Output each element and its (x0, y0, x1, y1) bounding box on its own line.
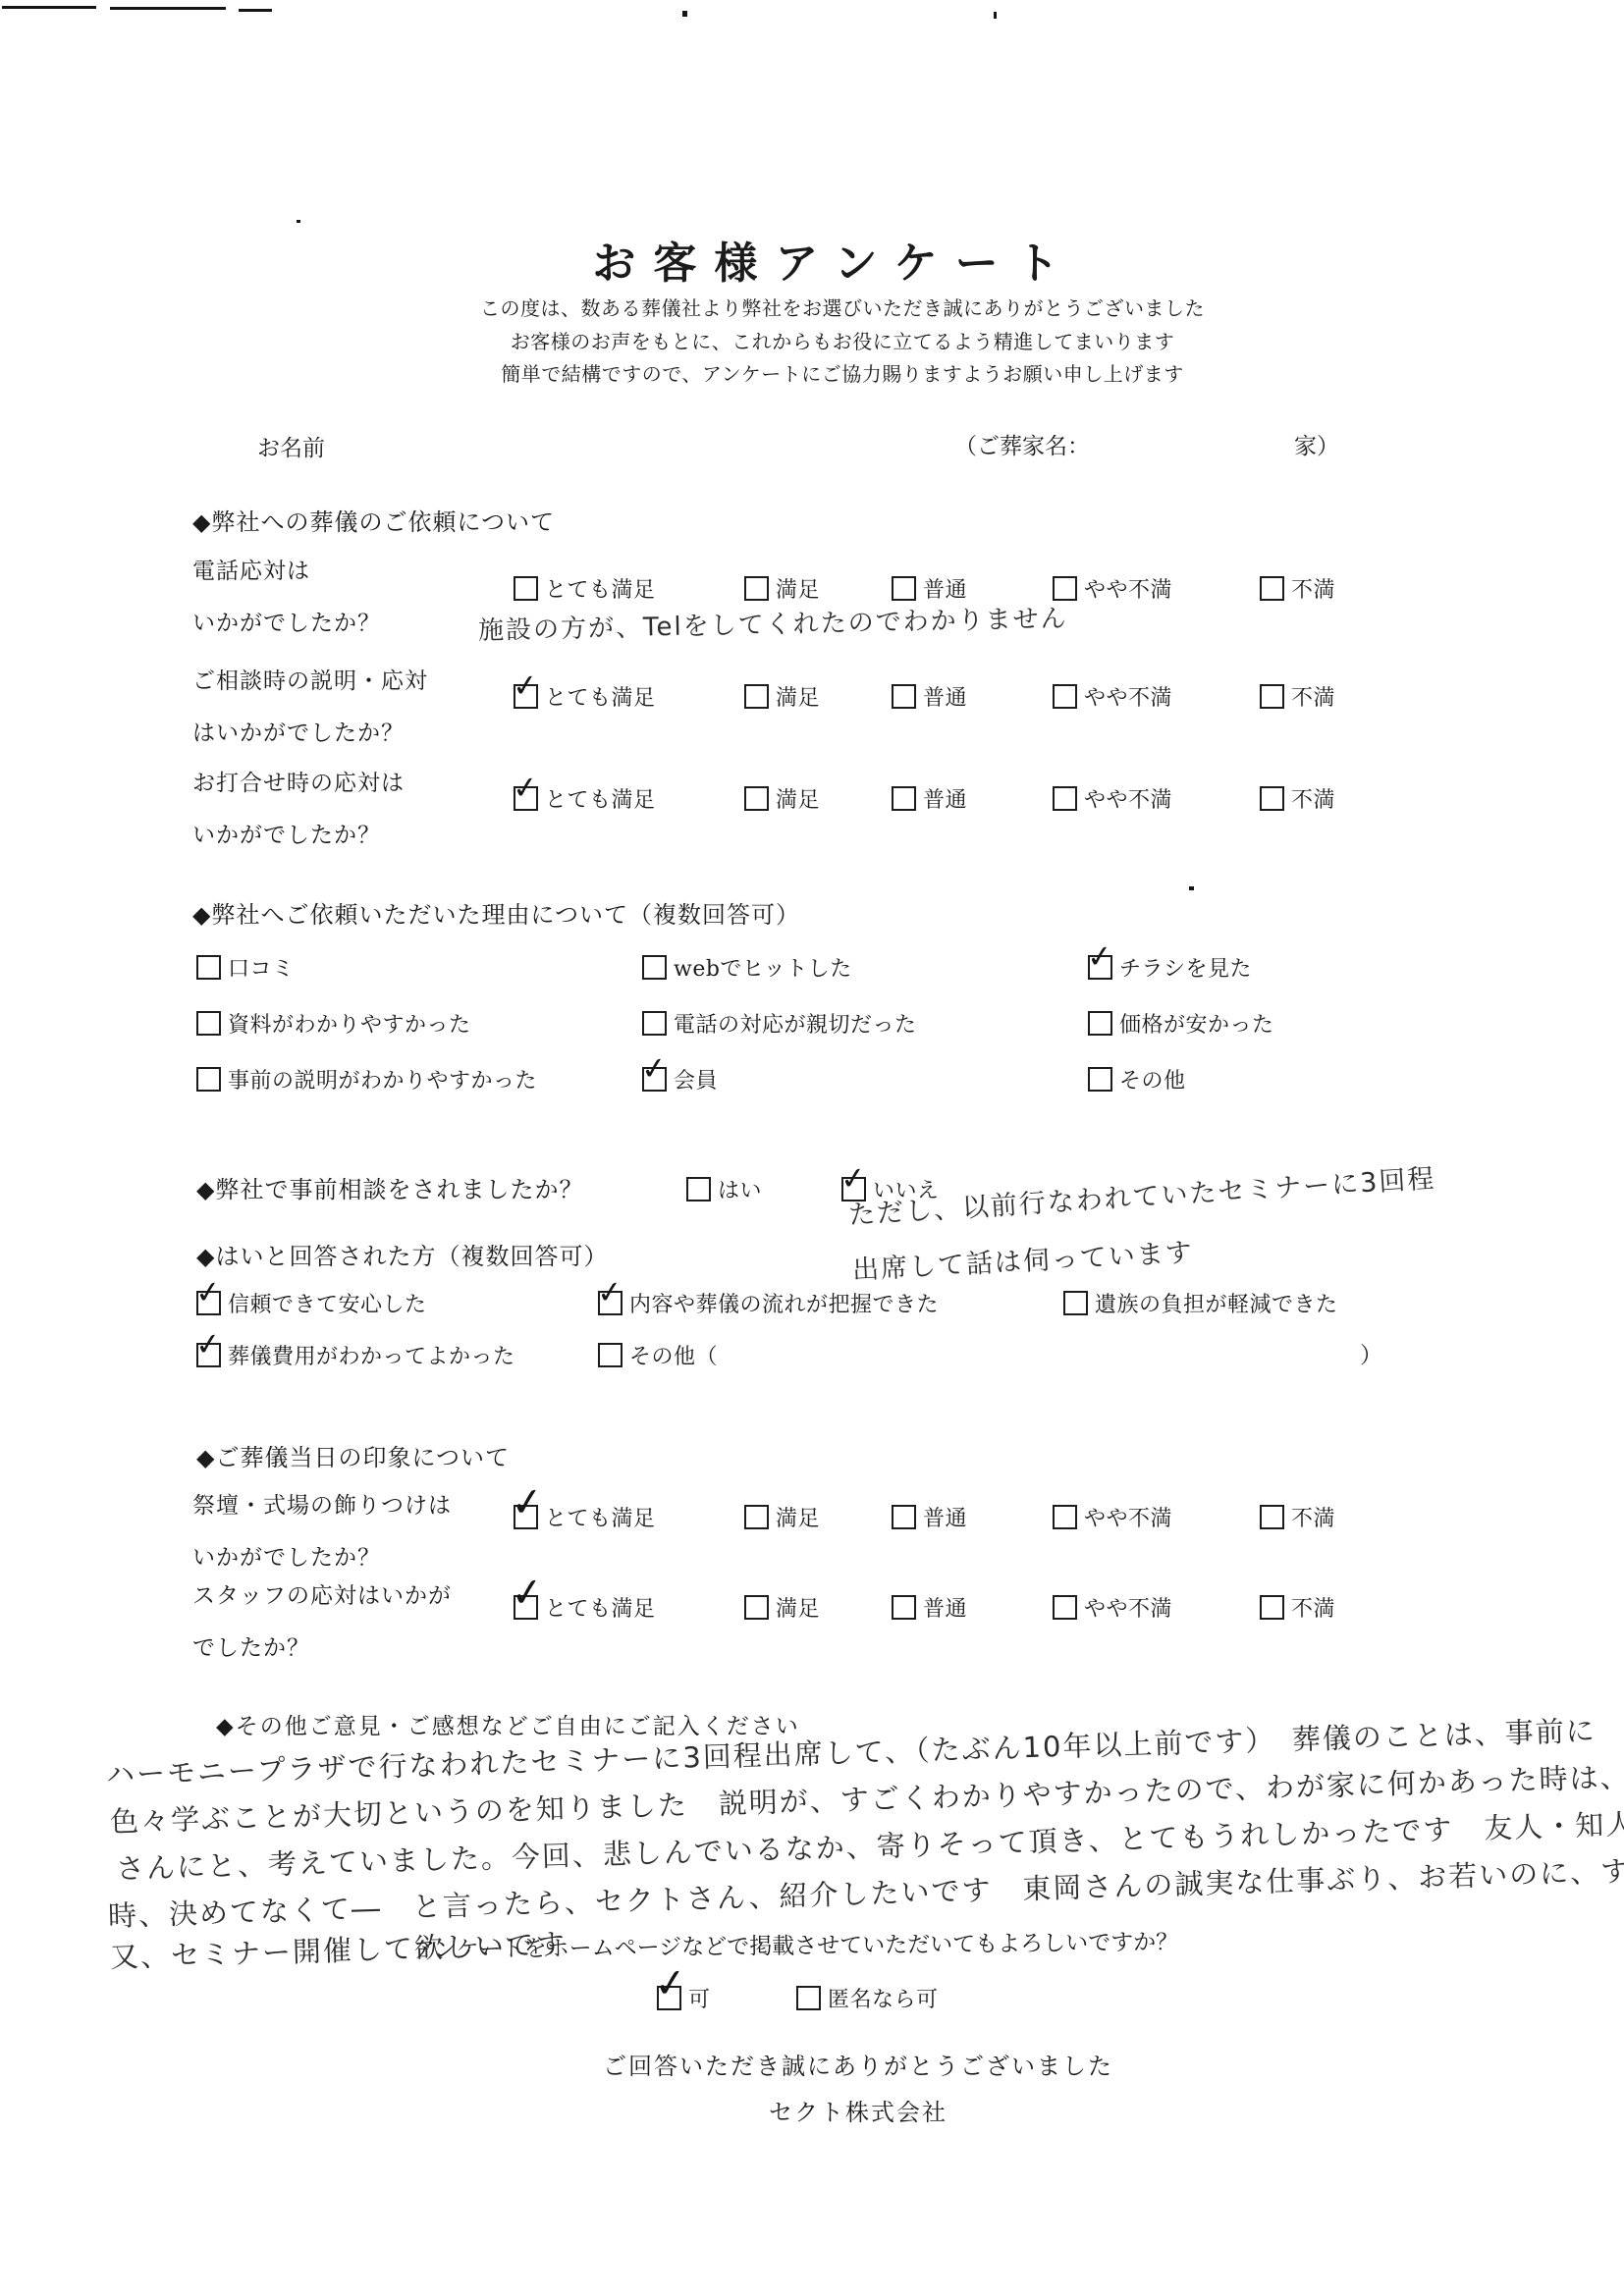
name-field-label: お名前 (257, 430, 325, 462)
staff-question-line1: スタッフの応対はいかが (192, 1583, 452, 1609)
reason-flyer: ✓チラシを見た (1088, 952, 1252, 983)
check-mark: ✓ (509, 1481, 546, 1523)
survey-form-page: お客様アンケート この度は、数ある葬儀社より弊社をお選びいただき誠にありがとうご… (0, 0, 1624, 2296)
publish-anonymous-ok-checkbox[interactable] (796, 1986, 821, 2010)
staff-satisfied-checkbox[interactable] (744, 1595, 769, 1620)
altar-normal-checkbox[interactable] (892, 1505, 916, 1529)
reason-flyer-checkbox[interactable]: ✓ (1088, 955, 1112, 980)
option-label: その他 (1119, 1064, 1186, 1095)
section-yes-answer-header: ◆はいと回答された方（複数回答可） (196, 1237, 608, 1271)
phone-question-label: 電話応対は いかがでしたか？ (192, 546, 381, 650)
meeting-question-line2: いかがでしたか？ (192, 823, 381, 848)
option-label: とても満足 (545, 783, 656, 814)
altar-question-line2: いかがでしたか？ (192, 1545, 381, 1571)
meeting-normal-checkbox[interactable] (892, 786, 916, 811)
meeting-satisfied-checkbox[interactable] (744, 786, 769, 811)
altar-opt-normal: 普通 (892, 1502, 967, 1532)
thanks-message: ご回答いただき誠にありがとうございました (603, 2047, 1113, 2081)
consultation-dissatisfied-checkbox[interactable] (1260, 684, 1284, 709)
option-label: とても満足 (545, 573, 656, 604)
yes-reduced-burden-checkbox[interactable] (1063, 1291, 1088, 1315)
section-request-header: ◆弊社への葬儀のご依頼について (192, 503, 555, 537)
phone-handwritten-note: 施設の方が、Telをしてくれたのでわかりません (478, 598, 1068, 647)
reason-materials-clear-checkbox[interactable] (196, 1011, 221, 1036)
option-label: 不満 (1291, 573, 1335, 604)
option-label: 資料がわかりやすかった (228, 1008, 471, 1039)
option-label: チラシを見た (1119, 952, 1252, 983)
family-name-input-area[interactable] (1105, 422, 1281, 463)
consultation-opt-somewhat-dissatisfied: やや不満 (1053, 681, 1172, 712)
yes-understood-cost: ✓葬儀費用がわかってよかった (196, 1340, 515, 1370)
consultation-opt-very-satisfied: ✓とても満足 (514, 681, 656, 712)
yes-other-checkbox[interactable] (598, 1343, 623, 1367)
phone-opt-dissatisfied: 不満 (1260, 573, 1335, 604)
option-label: やや不満 (1084, 783, 1172, 814)
phone-satisfied-checkbox[interactable] (744, 576, 769, 601)
family-name-suffix: 家） (1294, 428, 1339, 460)
option-label: 普通 (923, 573, 967, 604)
staff-opt-dissatisfied: 不満 (1260, 1592, 1335, 1623)
consultation-question-label: ご相談時の説明・応対 はいかがでしたか？ (192, 656, 428, 760)
check-mark: ✓ (595, 1277, 623, 1310)
phone-somewhat-dissatisfied-checkbox[interactable] (1053, 576, 1077, 601)
reason-cheap-price: 価格が安かった (1088, 1008, 1274, 1039)
meeting-opt-normal: 普通 (892, 783, 967, 814)
option-label: 事前の説明がわかりやすかった (228, 1064, 537, 1095)
reason-phone-kind-checkbox[interactable] (642, 1011, 667, 1036)
option-label: 会員 (674, 1064, 718, 1095)
staff-somewhat-dissatisfied-checkbox[interactable] (1053, 1595, 1077, 1620)
reason-other: その他 (1088, 1064, 1186, 1095)
consultation-question-line2: はいかがでしたか？ (192, 721, 405, 746)
option-label: 信頼できて安心した (228, 1288, 427, 1318)
phone-opt-somewhat-dissatisfied: やや不満 (1053, 573, 1172, 604)
reason-advance-explanation: 事前の説明がわかりやすかった (196, 1064, 537, 1095)
option-label: 不満 (1291, 681, 1335, 712)
phone-question-line2: いかがでしたか？ (192, 611, 381, 636)
option-label: やや不満 (1084, 1502, 1172, 1532)
option-label: はい (718, 1174, 762, 1204)
reason-advance-explanation-checkbox[interactable] (196, 1067, 221, 1092)
preconsultation-note-line1: ただし、以前行なわれていたセミナーに3回程 (847, 1156, 1436, 1232)
check-mark: ✓ (639, 1053, 668, 1087)
consultation-very-satisfied-checkbox[interactable]: ✓ (514, 684, 538, 709)
meeting-very-satisfied-checkbox[interactable]: ✓ (514, 786, 538, 811)
altar-question-line1: 祭壇・式場の飾りつけは (192, 1493, 452, 1519)
reason-phone-kind: 電話の対応が親切だった (642, 1008, 917, 1039)
company-name: セクト株式会社 (769, 2093, 947, 2127)
scan-artifact-speck (994, 12, 997, 19)
staff-question-label: スタッフの応対はいかが でしたか？ (192, 1571, 452, 1675)
phone-dissatisfied-checkbox[interactable] (1260, 576, 1284, 601)
yes-other-close-paren: ） (1360, 1337, 1382, 1369)
check-mark: ✓ (193, 1329, 222, 1362)
phone-question-line1: 電話応対は (192, 559, 310, 584)
option-label: 価格が安かった (1119, 1008, 1274, 1039)
check-mark: ✓ (511, 773, 539, 806)
option-label: 電話の対応が親切だった (674, 1008, 917, 1039)
reason-word-of-mouth-checkbox[interactable] (196, 955, 221, 980)
phone-opt-normal: 普通 (892, 573, 967, 604)
reason-web-hit-checkbox[interactable] (642, 955, 667, 980)
meeting-opt-somewhat-dissatisfied: やや不満 (1053, 783, 1172, 814)
intro-line-3: 簡単で結構ですので、アンケートにご協力賜りますようお願い申し上げます (501, 358, 1183, 387)
option-label: 不満 (1291, 1592, 1335, 1623)
publish-ok-checkbox[interactable]: ✓ (657, 1986, 681, 2010)
consultation-opt-dissatisfied: 不満 (1260, 681, 1335, 712)
consultation-question-line1: ご相談時の説明・応対 (192, 668, 428, 694)
check-mark: ✓ (839, 1163, 867, 1197)
staff-question-line2: でしたか？ (192, 1635, 310, 1661)
option-label: とても満足 (545, 1502, 656, 1532)
staff-normal-checkbox[interactable] (892, 1595, 916, 1620)
consultation-normal-checkbox[interactable] (892, 684, 916, 709)
altar-opt-dissatisfied: 不満 (1260, 1502, 1335, 1532)
yes-understood-cost-checkbox[interactable]: ✓ (196, 1343, 221, 1367)
reason-web-hit: webでヒットした (642, 952, 852, 983)
page-title: お客様アンケート (592, 228, 1076, 291)
option-label: 普通 (923, 681, 967, 712)
option-label: 遺族の負担が軽減できた (1095, 1288, 1338, 1318)
yes-other-input-area[interactable] (697, 1333, 1345, 1372)
staff-opt-satisfied: 満足 (744, 1592, 820, 1623)
check-mark: ✓ (511, 670, 539, 704)
option-label: 満足 (776, 681, 820, 712)
name-input-area[interactable] (344, 422, 874, 463)
preconsultation-yes-checkbox[interactable] (686, 1177, 711, 1201)
meeting-opt-dissatisfied: 不満 (1260, 783, 1335, 814)
publish-anonymous-ok: 匿名なら可 (796, 1983, 939, 2013)
reason-cheap-price-checkbox[interactable] (1088, 1011, 1112, 1036)
scan-artifact-speck (1189, 886, 1194, 890)
yes-trust-relief: ✓信頼できて安心した (196, 1288, 427, 1318)
altar-opt-very-satisfied: ✓とても満足 (514, 1502, 656, 1532)
scan-artifact-line (239, 9, 272, 12)
intro-line-1: この度は、数ある葬儀社より弊社をお選びいただき誠にありがとうございました (480, 293, 1205, 321)
option-label: やや不満 (1084, 573, 1172, 604)
check-mark: ✓ (652, 1962, 689, 2004)
option-label: 満足 (776, 573, 820, 604)
preconsultation-note-line2: 出席して話は伺っています (851, 1231, 1195, 1287)
option-label: 満足 (776, 783, 820, 814)
altar-opt-somewhat-dissatisfied: やや不満 (1053, 1502, 1172, 1532)
altar-question-label: 祭壇・式場の飾りつけは いかがでしたか？ (192, 1480, 452, 1584)
option-label: やや不満 (1084, 1592, 1172, 1623)
option-label: 普通 (923, 783, 967, 814)
altar-dissatisfied-checkbox[interactable] (1260, 1505, 1284, 1529)
consultation-somewhat-dissatisfied-checkbox[interactable] (1053, 684, 1077, 709)
staff-opt-very-satisfied: ✓とても満足 (514, 1592, 656, 1623)
section-ceremony-day-header: ◆ご葬儀当日の印象について (196, 1438, 510, 1472)
reason-member-checkbox[interactable]: ✓ (642, 1067, 667, 1092)
meeting-opt-very-satisfied: ✓とても満足 (514, 783, 656, 814)
option-label: やや不満 (1084, 681, 1172, 712)
option-label: 匿名なら可 (828, 1983, 939, 2013)
scan-artifact-line (110, 7, 226, 10)
option-label: とても満足 (545, 1592, 656, 1623)
preconsultation-yes: はい (686, 1174, 762, 1204)
staff-dissatisfied-checkbox[interactable] (1260, 1595, 1284, 1620)
yes-trust-relief-checkbox[interactable]: ✓ (196, 1291, 221, 1315)
option-label: webでヒットした (674, 952, 852, 983)
meeting-somewhat-dissatisfied-checkbox[interactable] (1053, 786, 1077, 811)
reason-word-of-mouth: 口コミ (196, 952, 295, 983)
meeting-question-label: お打合せ時の応対は いかがでしたか？ (192, 758, 405, 862)
consultation-opt-satisfied: 満足 (744, 681, 820, 712)
option-label: 可 (688, 1983, 711, 2013)
consultation-opt-normal: 普通 (892, 681, 967, 712)
intro-line-2: お客様のお声をもとに、これからもお役に立てるよう精進してまいります (511, 326, 1175, 354)
publish-ok: ✓可 (657, 1983, 711, 2013)
yes-understood-flow: ✓内容や葬儀の流れが把握できた (598, 1288, 939, 1318)
section-preconsultation-header: ◆弊社で事前相談をされましたか？ (196, 1170, 583, 1204)
reason-materials-clear: 資料がわかりやすかった (196, 1008, 471, 1039)
staff-opt-somewhat-dissatisfied: やや不満 (1053, 1592, 1172, 1623)
meeting-opt-satisfied: 満足 (744, 783, 820, 814)
option-label: 普通 (923, 1502, 967, 1532)
family-name-label: （ご葬家名： (954, 428, 1090, 460)
altar-somewhat-dissatisfied-checkbox[interactable] (1053, 1505, 1077, 1529)
phone-normal-checkbox[interactable] (892, 576, 916, 601)
phone-very-satisfied-checkbox[interactable] (514, 576, 538, 601)
option-label: 不満 (1291, 1502, 1335, 1532)
reason-member: ✓会員 (642, 1064, 718, 1095)
scan-artifact-speck (682, 11, 687, 17)
option-label: 普通 (923, 1592, 967, 1623)
yes-understood-flow-checkbox[interactable]: ✓ (598, 1291, 623, 1315)
altar-very-satisfied-checkbox[interactable]: ✓ (514, 1505, 538, 1529)
check-mark: ✓ (193, 1277, 222, 1310)
section-reason-header: ◆弊社へご依頼いただいた理由について（複数回答可） (192, 895, 800, 930)
option-label: 満足 (776, 1592, 820, 1623)
consultation-satisfied-checkbox[interactable] (744, 684, 769, 709)
option-label: 口コミ (228, 952, 295, 983)
scan-artifact-line (2, 6, 96, 9)
scan-artifact-speck (297, 220, 300, 223)
option-label: 満足 (776, 1502, 820, 1532)
altar-satisfied-checkbox[interactable] (744, 1505, 769, 1529)
option-label: 内容や葬儀の流れが把握できた (629, 1288, 939, 1318)
staff-opt-normal: 普通 (892, 1592, 967, 1623)
meeting-question-line1: お打合せ時の応対は (192, 771, 405, 796)
phone-opt-very-satisfied: とても満足 (514, 573, 656, 604)
phone-opt-satisfied: 満足 (744, 573, 820, 604)
altar-opt-satisfied: 満足 (744, 1502, 820, 1532)
yes-reduced-burden: 遺族の負担が軽減できた (1063, 1288, 1338, 1318)
publish-question: アンケートをホームページなどで掲載させていただいてもよろしいですか？ (412, 1924, 1178, 1964)
check-mark: ✓ (1085, 941, 1113, 975)
check-mark: ✓ (509, 1572, 546, 1614)
option-label: とても満足 (545, 681, 656, 712)
staff-very-satisfied-checkbox[interactable]: ✓ (514, 1595, 538, 1620)
option-label: 不満 (1291, 783, 1335, 814)
meeting-dissatisfied-checkbox[interactable] (1260, 786, 1284, 811)
reason-other-checkbox[interactable] (1088, 1067, 1112, 1092)
option-label: 葬儀費用がわかってよかった (228, 1340, 515, 1370)
